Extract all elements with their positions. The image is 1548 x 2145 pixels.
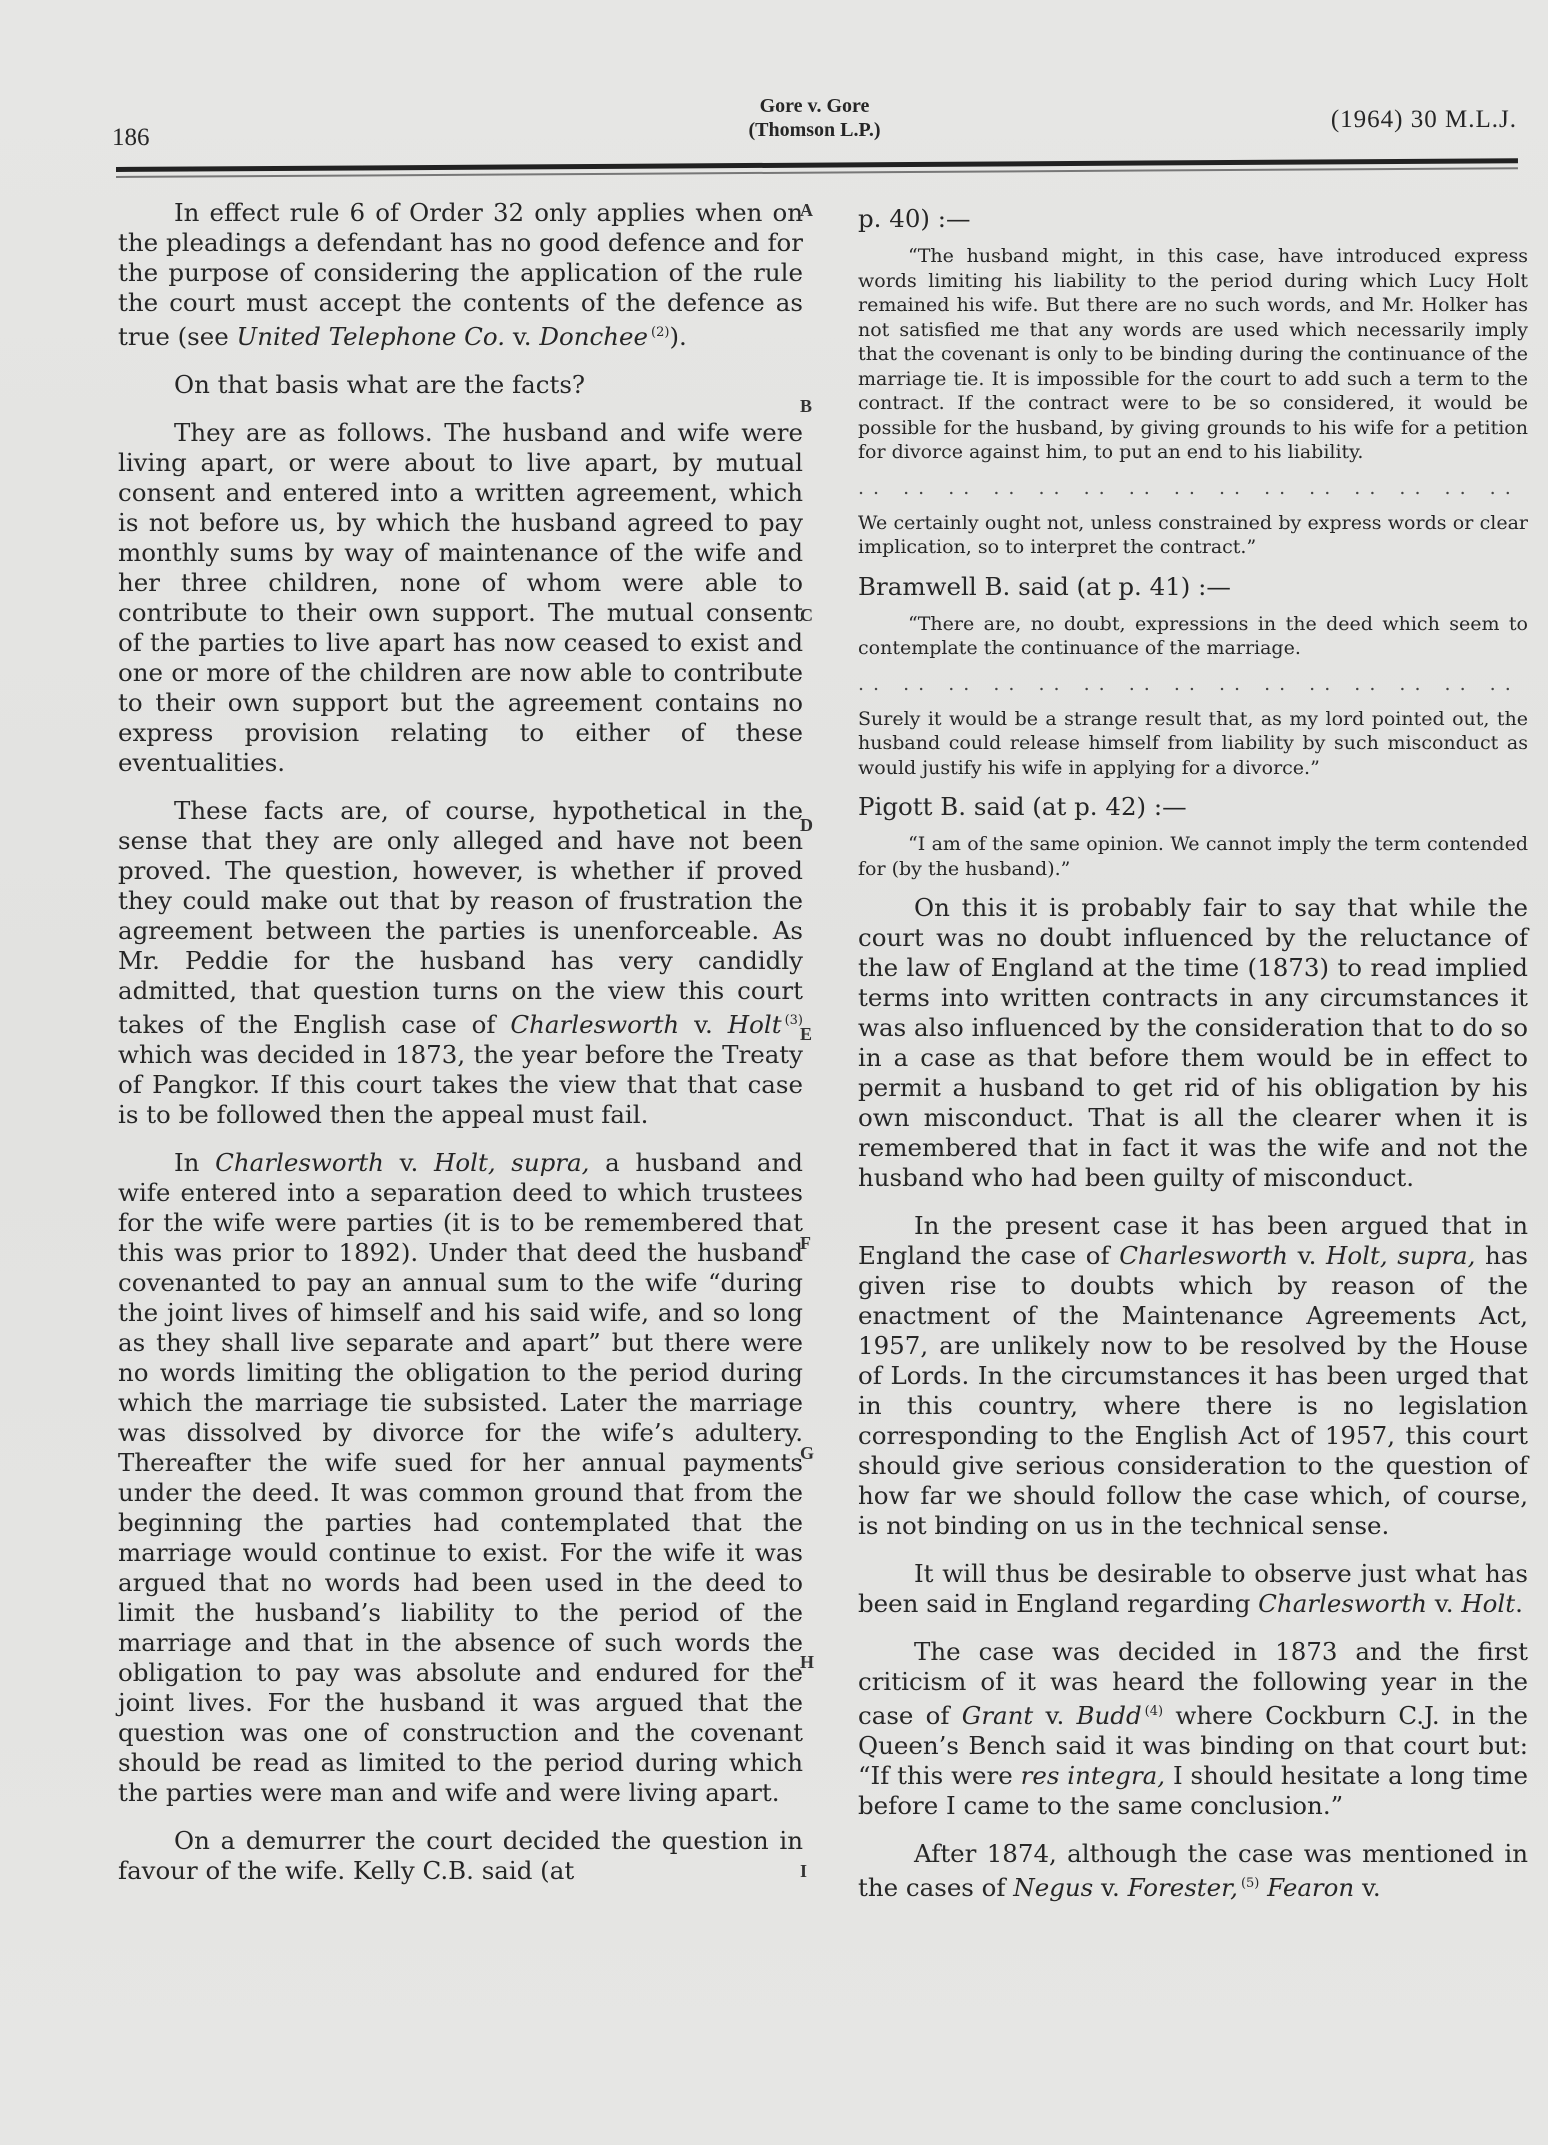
case-name: United Telephone Co. [237, 322, 505, 351]
quote-text: We certainly ought not, unless constrain… [858, 511, 1528, 560]
case-name: Charlesworth [1119, 1241, 1288, 1270]
quote-continuation: p. 40) :— [858, 204, 1528, 234]
paragraph-observe: It will thus be desirable to observe jus… [858, 1559, 1528, 1619]
kelly-quote: “The husband might, in this case, have i… [858, 244, 1528, 560]
footnote-ref: (2) [651, 325, 669, 340]
paragraph-charlesworth-facts: In Charlesworth v. Holt, supra, a husban… [118, 1148, 803, 1808]
ellipsis-line: .. .. .. .. .. .. .. .. .. .. .. .. .. .… [858, 673, 1528, 695]
margin-letter-c: C [800, 605, 813, 626]
case-name: Forester, [1128, 1873, 1238, 1902]
quote-text: Surely it would be a strange result that… [858, 707, 1528, 781]
pigott-quote: “I am of the same opinion. We cannot imp… [858, 832, 1528, 881]
judge-name: (Thomson L.P.) [112, 118, 1517, 142]
margin-letter-a: A [800, 200, 813, 221]
paragraph-hypothetical: These facts are, of course, hypothetical… [118, 796, 803, 1130]
case-name: Budd [1077, 1701, 1142, 1730]
case-name: Holt [1461, 1589, 1515, 1618]
paragraph-grant-v-budd: The case was decided in 1873 and the fir… [858, 1637, 1528, 1821]
left-column: In effect rule 6 of Order 32 only applie… [118, 198, 803, 1904]
case-name: Holt, supra, [1326, 1241, 1475, 1270]
case-name: Negus [1013, 1873, 1093, 1902]
margin-letter-e: E [800, 1024, 812, 1045]
footnote-ref: (4) [1145, 1704, 1163, 1719]
latin-phrase: res integra, [1021, 1761, 1165, 1790]
margin-letter-b: B [800, 396, 812, 417]
case-name: Holt [728, 1010, 782, 1039]
pigott-intro: Pigott B. said (at p. 42) :— [858, 792, 1528, 822]
margin-letter-i: I [800, 1861, 807, 1882]
paragraph-demurrer: On a demurrer the court decided the ques… [118, 1826, 803, 1886]
case-name: Fearon [1267, 1873, 1354, 1902]
bramwell-intro: Bramwell B. said (at p. 41) :— [858, 572, 1528, 602]
document-page: 186 Gore v. Gore (Thomson L.P.) (1964) 3… [0, 0, 1548, 2145]
paragraph-facts-question: On that basis what are the facts? [118, 370, 803, 400]
case-title: Gore v. Gore [112, 94, 1517, 118]
paragraph-facts: They are as follows. The husband and wif… [118, 418, 803, 778]
paragraph-rule-6: In effect rule 6 of Order 32 only applie… [118, 198, 803, 352]
paragraph-present-case: In the present case it has been argued t… [858, 1211, 1528, 1541]
margin-letter-d: D [800, 815, 813, 836]
quote-text: “The husband might, in this case, have i… [858, 244, 1528, 465]
case-name: Charlesworth [510, 1010, 679, 1039]
case-name: Charlesworth [1258, 1589, 1427, 1618]
margin-letter-h: H [800, 1652, 814, 1673]
ellipsis-line: .. .. .. .. .. .. .. .. .. .. .. .. .. .… [858, 477, 1528, 499]
report-citation: (1964) 30 M.L.J. [1331, 106, 1517, 134]
case-name: Holt, supra, [434, 1148, 589, 1177]
footnote-ref: (5) [1241, 1876, 1259, 1891]
right-column: p. 40) :— “The husband might, in this ca… [858, 198, 1528, 1921]
paragraph-after-1874: After 1874, although the case was mentio… [858, 1839, 1528, 1903]
case-name: Charlesworth [215, 1148, 384, 1177]
paragraph-analysis: On this it is probably fair to say that … [858, 893, 1528, 1193]
running-title: Gore v. Gore (Thomson L.P.) [112, 94, 1517, 142]
case-name: Donchee [539, 322, 648, 351]
margin-letter-f: F [800, 1233, 811, 1254]
case-name: Grant [962, 1701, 1034, 1730]
margin-letter-g: G [800, 1443, 814, 1464]
quote-text: “I am of the same opinion. We cannot imp… [858, 832, 1528, 881]
bramwell-quote: “There are, no doubt, expressions in the… [858, 612, 1528, 781]
quote-text: “There are, no doubt, expressions in the… [858, 612, 1528, 661]
